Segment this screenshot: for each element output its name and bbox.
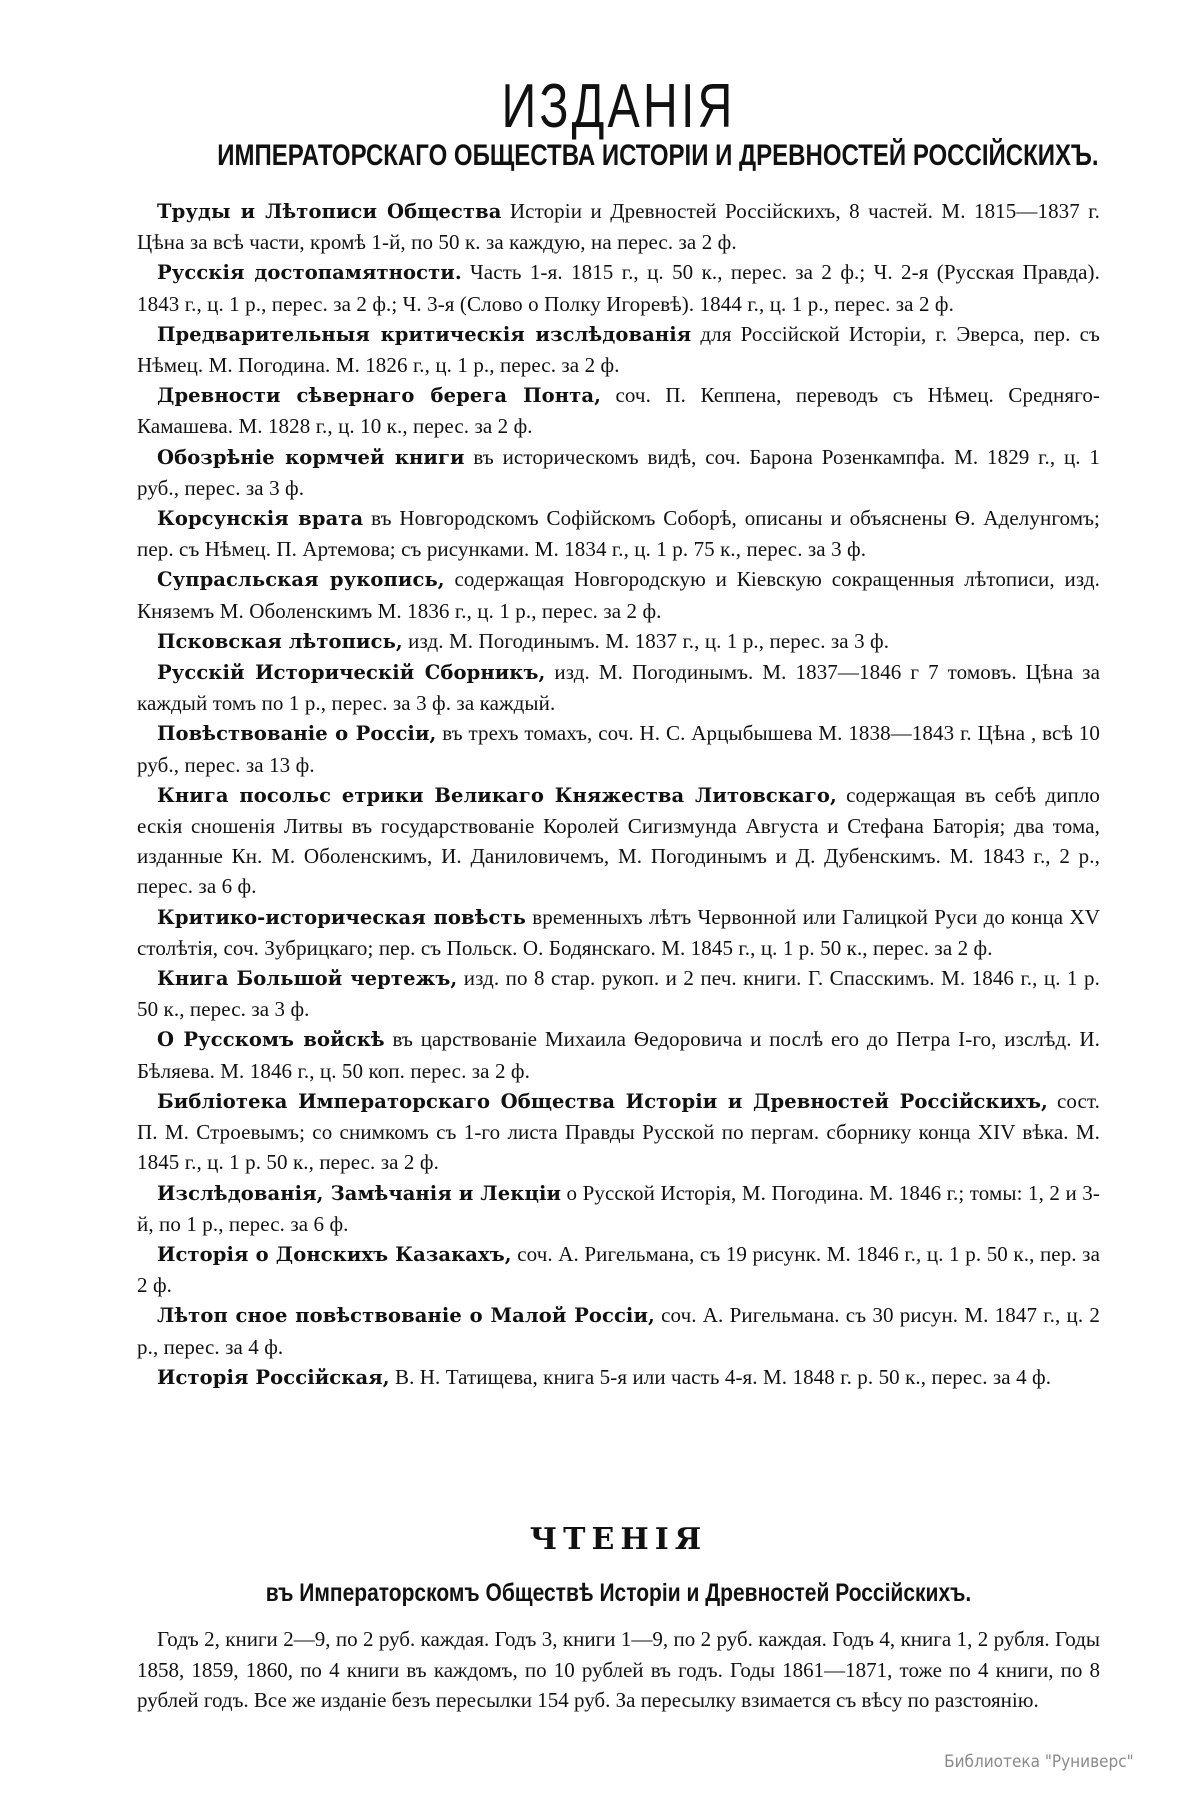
publication-entry: Русскія достопамятности. Часть 1-я. 1815… xyxy=(137,257,1100,318)
entry-title: Библіотека Императорскаго Общества Истор… xyxy=(157,1090,1048,1113)
entry-details: изд. М. Погодинымъ. М. 1837 г., ц. 1 р.,… xyxy=(403,629,889,653)
entry-title: Обозрѣніе кормчей книги xyxy=(157,446,465,469)
entry-title: Лѣтоп сное повѣствованіе о Малой Россіи, xyxy=(157,1304,655,1327)
publication-entry: Книга посольс етрики Великаго Княжества … xyxy=(137,780,1100,902)
publication-entry: Критико-историческая повѣсть временныхъ … xyxy=(137,902,1100,963)
publication-entry: Книга Большой чертежъ, изд. по 8 стар. р… xyxy=(137,963,1100,1024)
entry-title: Исторія о Донскихъ Казакахъ, xyxy=(157,1243,512,1266)
entry-title: Критико-историческая повѣсть xyxy=(157,906,526,929)
entry-title: Русскія достопамятности. xyxy=(157,261,462,284)
publication-list: Труды и Лѣтописи Общества Исторіи и Древ… xyxy=(137,196,1100,1393)
entry-title: Изслѣдованія, Замѣчанія и Лекціи xyxy=(157,1182,561,1205)
entry-details: В. Н. Татищева, книга 5-я или часть 4-я.… xyxy=(390,1365,1051,1389)
publication-entry: Предварительныя критическія изслѣдованія… xyxy=(137,319,1100,380)
section-title: ЧТЕНІЯ xyxy=(137,1522,1100,1558)
entry-title: О Русскомъ войскѣ xyxy=(157,1028,385,1051)
publication-entry: Исторія о Донскихъ Казакахъ, соч. А. Риг… xyxy=(137,1239,1100,1300)
entry-title: Псковская лѣтопись, xyxy=(157,630,403,653)
publication-entry: Супрасльская рукопись, содержащая Новгор… xyxy=(137,564,1100,625)
page-subtitle: ИМПЕРАТОРСКАГО ОБЩЕСТВА ИСТОРІИ И ДРЕВНО… xyxy=(217,138,1019,174)
entry-title: Предварительныя критическія изслѣдованія xyxy=(157,323,691,346)
entry-title: Древности сѣвернаго берега Понта, xyxy=(157,384,601,407)
publication-entry: Изслѣдованія, Замѣчанія и Лекціи о Русск… xyxy=(137,1178,1100,1239)
publication-entry: Обозрѣніе кормчей книги въ историческомъ… xyxy=(137,442,1100,503)
entry-title: Книга Большой чертежъ, xyxy=(157,967,457,990)
page-title: ИЗДАНІЯ xyxy=(243,72,994,142)
publication-entry: Исторія Россійская, В. Н. Татищева, книг… xyxy=(137,1362,1100,1393)
entry-title: Повѣствованіе о Россіи, xyxy=(157,722,436,745)
entry-title: Корсунскія врата xyxy=(157,507,363,530)
publication-entry: Труды и Лѣтописи Общества Исторіи и Древ… xyxy=(137,196,1100,257)
entry-title: Труды и Лѣтописи Общества xyxy=(157,200,501,223)
publication-entry: Древности сѣвернаго берега Понта, соч. П… xyxy=(137,380,1100,441)
publication-entry: Псковская лѣтопись, изд. М. Погодинымъ. … xyxy=(137,626,1100,657)
section-body: Годъ 2, книги 2—9, по 2 руб. каждая. Год… xyxy=(137,1624,1100,1716)
entry-title: Исторія Россійская, xyxy=(157,1366,390,1389)
publication-entry: Библіотека Императорскаго Общества Истор… xyxy=(137,1086,1100,1178)
entry-title: Русскій Историческій Сборникъ, xyxy=(157,661,545,684)
publication-entry: Корсунскія врата въ Новгородскомъ Софійс… xyxy=(137,503,1100,564)
entry-title: Книга посольс етрики Великаго Княжества … xyxy=(157,784,837,807)
publication-entry: Русскій Историческій Сборникъ, изд. М. П… xyxy=(137,657,1100,718)
publication-entry: Повѣствованіе о Россіи, въ трехъ томахъ,… xyxy=(137,718,1100,779)
entry-title: Супрасльская рукопись, xyxy=(157,568,445,591)
publication-entry: Лѣтоп сное повѣствованіе о Малой Россіи,… xyxy=(137,1300,1100,1361)
library-watermark: Библиотека "Руниверс" xyxy=(944,1752,1134,1772)
section-subtitle: въ Императорскомъ Обществѣ Исторіи и Дре… xyxy=(206,1578,1032,1608)
publication-entry: О Русскомъ войскѣ въ царствованіе Михаил… xyxy=(137,1024,1100,1085)
